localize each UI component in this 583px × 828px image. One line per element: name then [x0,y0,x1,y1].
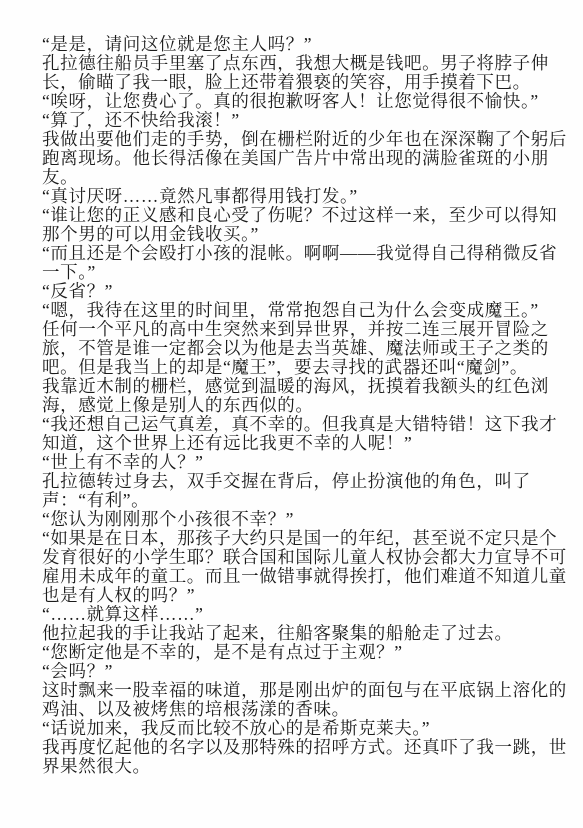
text-line: 鸡油、以及被烤焦的培根荡漾的香味。 [42,700,567,719]
text-line: 也是有人权的吗？” [42,586,567,605]
text-line: 发育很好的小学生耶？联合国和国际儿童人权协会都大力宣导不可 [42,548,567,567]
text-line: “我还想自己运气真差，真不幸的。但我真是大错特错！这下我才 [42,415,567,434]
novel-page: “是是，请问这位就是您主人吗？”孔拉德往船员手里塞了点东西，我想大概是钱吧。男子… [0,0,583,828]
text-line: “会吗？” [42,662,567,681]
text-line: “嗯，我待在这里的时间里，常常抱怨自己为什么会变成魔王。” [42,301,567,320]
text-line: “唉呀，让您费心了。真的很抱歉呀客人！让您觉得很不愉快。” [42,92,567,111]
text-line: “反省？” [42,282,567,301]
text-line: 吧。但是我当上的却是“魔王”，要去寻找的武器还叫“魔剑”。 [42,358,567,377]
text-line: 他拉起我的手让我站了起来，往船客聚集的船舱走了过去。 [42,624,567,643]
text-line: “……就算这样……” [42,605,567,624]
text-line: 旅，不管是谁一定都会以为他是去当英雄、魔法师或王子之类的 [42,339,567,358]
text-line: 雇用未成年的童工。而且一做错事就得挨打，他们难道不知道儿童 [42,567,567,586]
text-line: “话说加来，我反而比较不放心的是希斯克莱夫。” [42,719,567,738]
text-line: 海，感觉上像是别人的东西似的。 [42,396,567,415]
text-line: 我做出要他们走的手势，倒在栅栏附近的少年也在深深鞠了个躬后 [42,130,567,149]
text-line: “算了，还不快给我滚！” [42,111,567,130]
text-line: “世上有不幸的人？” [42,453,567,472]
text-line: 界果然很大。 [42,757,567,776]
text-line: 任何一个平凡的高中生突然来到异世界，并按二连三展开冒险之 [42,320,567,339]
text-line: 我再度忆起他的名字以及那特殊的招呼方式。还真吓了我一跳，世 [42,738,567,757]
text-line: 一下。” [42,263,567,282]
text-line: 声：“有利”。 [42,491,567,510]
text-line: 友。 [42,168,567,187]
text-line: “真讨厌呀……竟然凡事都得用钱打发。” [42,187,567,206]
text-line: “您断定他是不幸的，是不是有点过于主观？” [42,643,567,662]
text-line: 孔拉德转过身去，双手交握在背后，停止扮演他的角色，叫了 [42,472,567,491]
text-line: 这时飘来一股幸福的味道，那是刚出炉的面包与在平底锅上溶化的 [42,681,567,700]
text-line: “谁让您的正义感和良心受了伤呢？不过这样一来，至少可以得知 [42,206,567,225]
text-line: 孔拉德往船员手里塞了点东西，我想大概是钱吧。男子将脖子伸 [42,54,567,73]
novel-text-block: “是是，请问这位就是您主人吗？”孔拉德往船员手里塞了点东西，我想大概是钱吧。男子… [42,35,567,776]
text-line: 那个男的可以用金钱收买。” [42,225,567,244]
text-line: 长，偷瞄了我一眼，脸上还带着猥亵的笑容，用手摸着下巴。 [42,73,567,92]
text-line: “而且还是个会殴打小孩的混帐。啊啊——我觉得自己得稍微反省 [42,244,567,263]
text-line: “如果是在日本，那孩子大约只是国一的年纪，甚至说不定只是个 [42,529,567,548]
text-line: 跑离现场。他长得活像在美国广告片中常出现的满脸雀斑的小朋 [42,149,567,168]
text-line: “是是，请问这位就是您主人吗？” [42,35,567,54]
text-line: 知道，这个世界上还有远比我更不幸的人呢！” [42,434,567,453]
text-line: “您认为刚刚那个小孩很不幸？” [42,510,567,529]
text-line: 我靠近木制的栅栏，感觉到温暖的海风，抚摸着我额头的红色浏 [42,377,567,396]
